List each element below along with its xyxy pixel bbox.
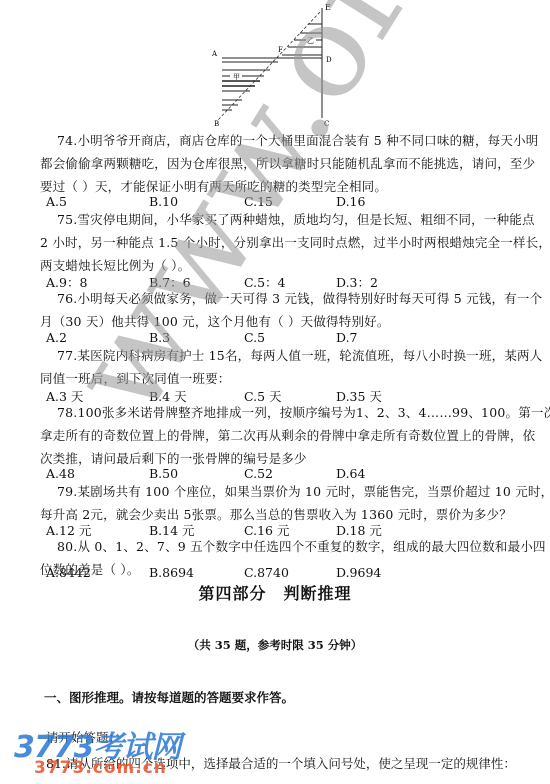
option-a: A.48 xyxy=(46,466,75,481)
option-b: B.10 xyxy=(149,194,178,209)
option-a: A.2 xyxy=(46,330,67,345)
question-74: 74.小明爷爷开商店，商店仓库的一个大桶里面混合装有 5 种不同口味的糖，每天小… xyxy=(40,129,540,198)
label-c: C xyxy=(324,120,329,128)
section-note: （共 35 题，参考时限 35 分钟） xyxy=(0,637,550,653)
option-a: A.8442 xyxy=(46,565,91,580)
option-c: C.5 xyxy=(244,330,265,345)
question-line: 79.某剧场共有 100 个座位，如果当票价为 10 元时，票能售完，当票价超过… xyxy=(40,480,540,503)
label-e: E xyxy=(325,3,331,12)
barrel-diagram: E F A D B C 甲 乙 xyxy=(200,0,340,132)
label-f: F xyxy=(278,46,283,54)
site-url-watermark: 3773.com.cn xyxy=(34,758,167,778)
question-line: 拿走所有的奇数位置上的骨牌，第二次再从剩余的骨牌中拿走所有奇数位置上的骨牌，依 xyxy=(40,424,540,447)
option-c: C.52 xyxy=(244,466,273,481)
label-jia: 甲 xyxy=(233,73,240,81)
geometry-figure: E F A D B C 甲 乙 xyxy=(200,0,340,132)
option-c: C.8740 xyxy=(244,565,289,580)
question-line: 2 小时，另一种能点 1.5 个小时，分别拿出一支同时点燃，过半小时两根蜡烛完全… xyxy=(40,231,540,254)
question-line: 77.某医院内科病房有护士 15名，每两人值一班，轮流值班，每八小时换一班，某两… xyxy=(40,344,540,367)
question-line: 都会偷偷拿两颗糖吃，因为仓库很黑，所以拿糖时只能随机乱拿而不能挑选，请问，至少 xyxy=(40,152,540,175)
option-d: D.7 xyxy=(336,330,358,345)
question-line: 75.雪灾停电期间，小华家买了两种蜡烛，质地均匀，但是长短、粗细不同，一种能点 xyxy=(40,208,540,231)
option-b: B.3 xyxy=(149,330,170,345)
label-yi: 乙 xyxy=(307,37,314,45)
option-d: D.64 xyxy=(336,466,365,481)
question-line: 80.从 0、1、2、7、9 五个数字中任选四个不重复的数字，组成的最大四位数和… xyxy=(40,535,540,558)
option-c: C.15 xyxy=(244,194,273,209)
question-79: 79.某剧场共有 100 个座位，如果当票价为 10 元时，票能售完，当票价超过… xyxy=(40,480,540,526)
option-d: D.9694 xyxy=(336,565,381,580)
option-a: A.5 xyxy=(46,194,67,209)
question-line: 74.小明爷爷开商店，商店仓库的一个大桶里面混合装有 5 种不同口味的糖，每天小… xyxy=(40,129,540,152)
question-78: 78.100张多米诺骨牌整齐地排成一列，按顺序编号为1、2、3、4……99、10… xyxy=(40,401,540,470)
section-title: 第四部分 判断推理 xyxy=(0,581,550,604)
label-b: B xyxy=(214,120,219,128)
option-b: B.50 xyxy=(149,466,178,481)
label-d: D xyxy=(326,56,332,64)
label-a: A xyxy=(211,50,218,58)
question-line: 78.100张多米诺骨牌整齐地排成一列，按顺序编号为1、2、3、4……99、10… xyxy=(40,401,540,424)
option-d: D.16 xyxy=(336,194,365,209)
subsection-heading: 一、图形推理。请按每道题的答题要求作答。 xyxy=(44,688,294,706)
question-75: 75.雪灾停电期间，小华家买了两种蜡烛，质地均匀，但是长短、粗细不同，一种能点 … xyxy=(40,208,540,277)
question-77: 77.某医院内科病房有护士 15名，每两人值一班，轮流值班，每八小时换一班，某两… xyxy=(40,344,540,390)
option-b: B.8694 xyxy=(149,565,194,580)
question-line: 76.小明每天必须做家务，做一天可得 3 元钱，做得特别好时每天可得 5 元钱，… xyxy=(40,287,540,310)
question-76: 76.小明每天必须做家务，做一天可得 3 元钱，做得特别好时每天可得 5 元钱，… xyxy=(40,287,540,333)
